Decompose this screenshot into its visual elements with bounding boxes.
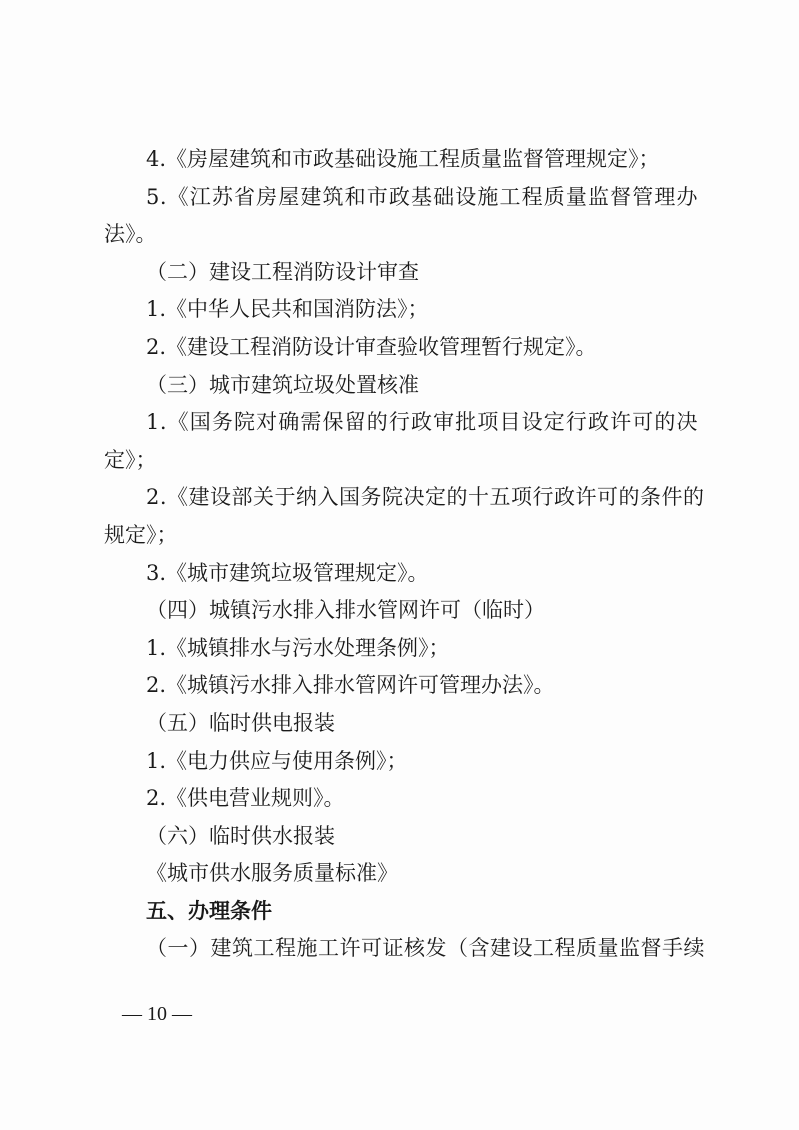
- text-line: 1.《城镇排水与污水处理条例》；: [104, 630, 698, 668]
- text-line: 2.《城镇污水排入排水管网许可管理办法》。: [104, 667, 698, 705]
- document-page: 4.《房屋建筑和市政基础设施工程质量监督管理规定》；5.《江苏省房屋建筑和市政基…: [0, 0, 799, 1130]
- text-line: 2.《建设工程消防设计审查验收管理暂行规定》。: [104, 329, 698, 367]
- text-line: 2.《建设部关于纳入国务院决定的十五项行政许可的条件的: [104, 479, 698, 517]
- text-line: 规定》；: [104, 517, 698, 555]
- text-line: 法》。: [104, 216, 698, 254]
- text-line: （六）临时供水报装: [104, 818, 698, 856]
- text-line: 1.《国务院对确需保留的行政审批项目设定行政许可的决: [104, 404, 698, 442]
- text-line: 定》；: [104, 442, 698, 480]
- text-line: 5.《江苏省房屋建筑和市政基础设施工程质量监督管理办: [104, 179, 698, 217]
- text-line: 1.《电力供应与使用条例》；: [104, 743, 698, 781]
- text-line: 3.《城市建筑垃圾管理规定》。: [104, 555, 698, 593]
- body-text: 4.《房屋建筑和市政基础设施工程质量监督管理规定》；5.《江苏省房屋建筑和市政基…: [104, 141, 698, 968]
- text-line: 4.《房屋建筑和市政基础设施工程质量监督管理规定》；: [104, 141, 698, 179]
- text-line: 《城市供水服务质量标准》: [104, 855, 698, 893]
- section-heading: 五、办理条件: [104, 893, 698, 931]
- text-line: （五）临时供电报装: [104, 705, 698, 743]
- text-line: 2.《供电营业规则》。: [104, 780, 698, 818]
- text-line: （四）城镇污水排入排水管网许可（临时）: [104, 592, 698, 630]
- text-line: （一）建筑工程施工许可证核发（含建设工程质量监督手续: [104, 930, 698, 968]
- text-line: （二）建设工程消防设计审查: [104, 254, 698, 292]
- text-line: 1.《中华人民共和国消防法》；: [104, 291, 698, 329]
- text-line: （三）城市建筑垃圾处置核准: [104, 367, 698, 405]
- page-number: — 10 —: [122, 1003, 192, 1026]
